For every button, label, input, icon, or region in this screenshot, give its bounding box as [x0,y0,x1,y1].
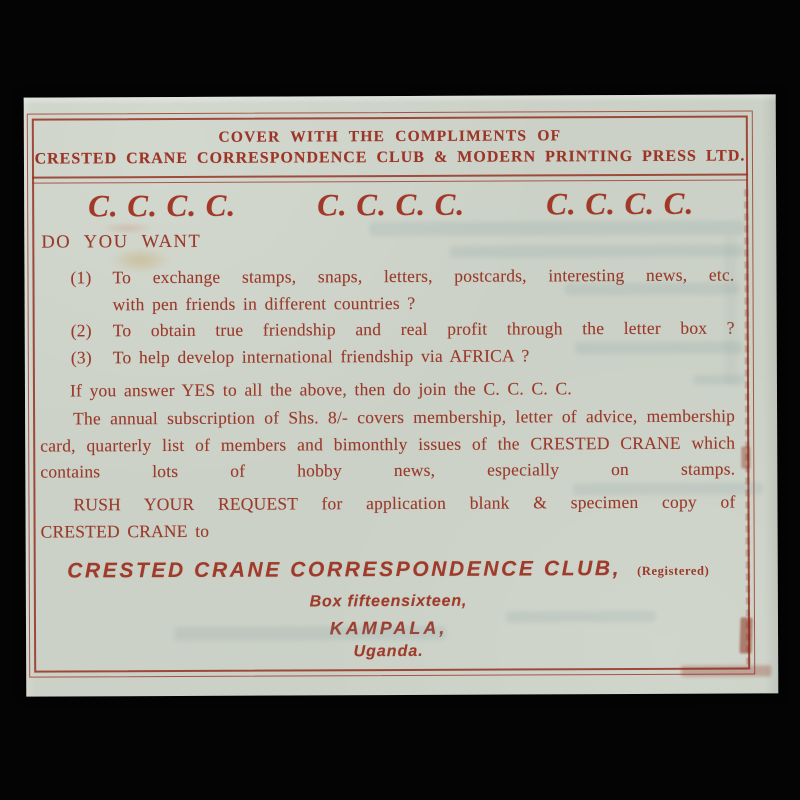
showthrough-smudge [369,221,744,237]
header: COVER WITH THE COMPLIMENTS OF CRESTED CR… [27,124,753,169]
question-list: (1) To exchange stamps, snaps, letters, … [70,262,734,371]
ink-smudge [741,446,750,468]
monogram-center: C. C. C. C. [317,188,465,223]
monogram-right: C. C. C. C. [546,187,694,222]
list-item-2: (2) To obtain true friendship and real p… [71,315,735,344]
header-line2: CRESTED CRANE CORRESPONDENCE CLUB & MODE… [27,145,753,169]
address-box-line: Box fifteensixteen, [41,592,736,613]
list-item-2-text: To obtain true friendship and real profi… [113,315,735,344]
paper-stain [109,247,171,273]
showthrough-smudge [565,283,740,296]
monogram-row: C. C. C. C. C. C. C. C. C. C. C. C. [32,186,748,223]
registered-note: (Registered) [637,564,709,578]
address-club-line: CRESTED CRANE CORRESPONDENCE CLUB,(Regis… [41,557,736,584]
address-country: Uganda. [41,642,736,663]
showthrough-smudge [575,342,743,355]
showthrough-smudge [724,235,737,385]
paragraph-rush-line2: CRESTED CRANE to [41,515,736,545]
scan-background: COVER WITH THE COMPLIMENTS OF CRESTED CR… [0,0,800,800]
showthrough-smudge [693,374,745,384]
monogram-left: C. C. C. C. [88,189,236,224]
paragraph-subscription: The annual subscription of Shs. 8/- cove… [40,403,735,486]
showthrough-smudge [174,626,446,641]
ink-smudge [740,617,753,653]
list-item-3-number: (3) [71,344,113,371]
paper-card: COVER WITH THE COMPLIMENTS OF CRESTED CR… [24,94,779,696]
showthrough-smudge [449,245,744,258]
ink-smudge [681,665,771,676]
showthrough-smudge [506,611,656,623]
paragraph-rush-request: RUSH YOUR REQUEST for application blank … [40,489,735,545]
paragraph-join-invite: If you answer YES to all the above, then… [40,375,735,405]
club-name: CRESTED CRANE CORRESPONDENCE CLUB, [67,557,621,582]
showthrough-smudge [573,482,763,495]
list-item-1-number: (1) [70,264,112,317]
list-item-2-number: (2) [71,317,113,344]
